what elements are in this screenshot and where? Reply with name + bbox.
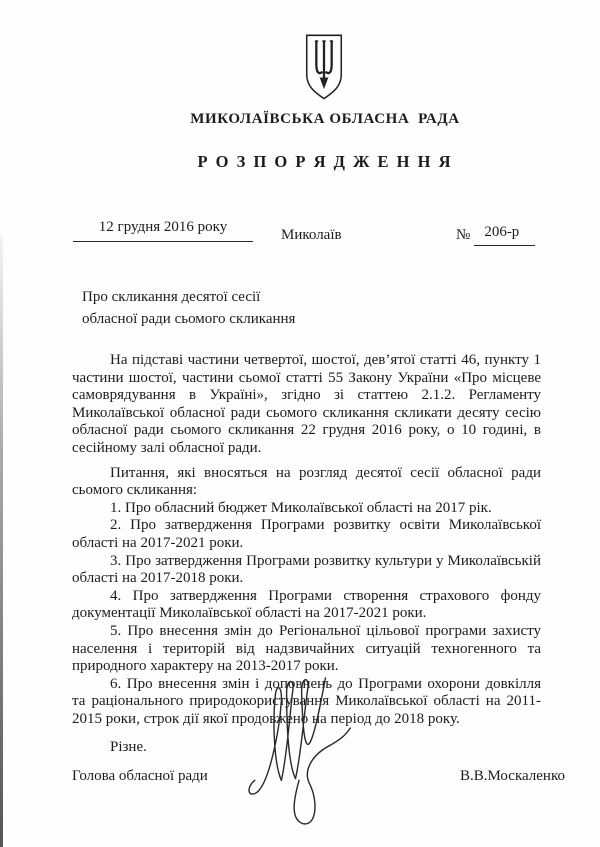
agenda-item: 1. Про обласний бюджет Миколаївської обл… [72,500,541,518]
document-number: 206-р [474,224,535,246]
city-name: Миколаїв [281,227,342,244]
agenda-item: 3. Про затвердження Програми розвитку ку… [72,553,541,588]
subject-line-1: Про скликання десятої сесії [82,286,295,308]
subject-block: Про скликання десятої сесії обласної рад… [82,286,295,330]
trident-coat-of-arms-icon [300,32,348,102]
document-number-block: №206-р [456,227,535,249]
document-type-title: Р О З П О Р Я Д Ж Е Н Н Я [50,152,600,172]
scanned-document-page: МИКОЛАЇВСЬКА ОБЛАСНА РАДА Р О З П О Р Я … [0,0,600,847]
signer-name: В.В.Москаленко [460,768,565,785]
subject-line-2: обласної ради сьомого скликання [82,308,295,330]
agenda-item: 2. Про затвердження Програми розвитку ос… [72,517,541,552]
number-sign: № [456,227,470,243]
handwritten-signature-icon [246,664,352,840]
scan-edge-artifact [0,235,3,847]
agenda-item: 4. Про затвердження Програми створення с… [72,588,541,623]
paragraph-legal-basis: На підставі частини четвертої, шостої, д… [72,352,541,458]
document-date: 12 грудня 2016 року [73,219,253,242]
paragraph-agenda-intro: Питання, які вносяться на розгляд десято… [72,465,541,500]
organization-name: МИКОЛАЇВСЬКА ОБЛАСНА РАДА [50,111,600,128]
signer-title: Голова обласної ради [72,768,208,785]
